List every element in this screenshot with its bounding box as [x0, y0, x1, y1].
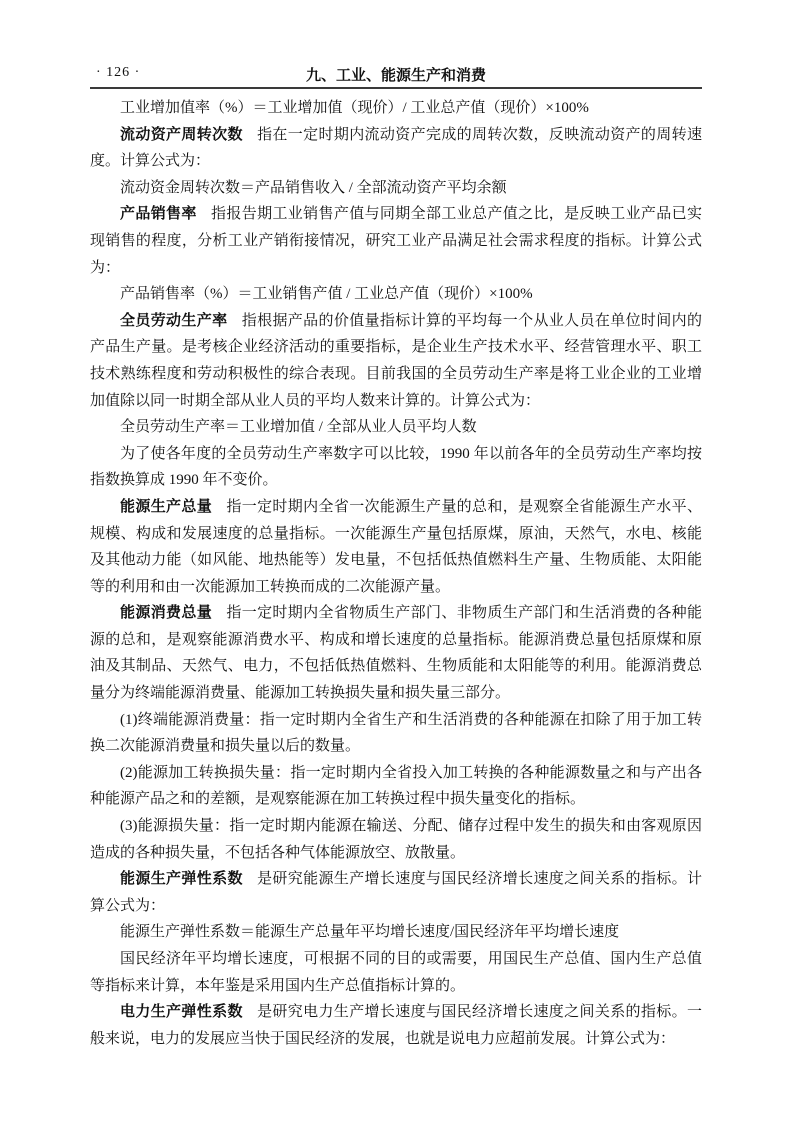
paragraph: 为了使各年度的全员劳动生产率数字可以比较，1990 年以前各年的全员劳动生产率均… — [90, 441, 702, 494]
page-header-title: 九、工业、能源生产和消费 — [90, 64, 702, 85]
paragraph-text: 流动资金周转次数＝产品销售收入 / 全部流动资产平均余额 — [120, 180, 507, 196]
document-page: · 126 · 九、工业、能源生产和消费 工业增加值率（%）＝工业增加值（现价）… — [0, 0, 793, 1122]
paragraph: 全员劳动生产率＝工业增加值 / 全部从业人员平均人数 — [90, 414, 702, 441]
paragraph: (2)能源加工转换损失量：指一定时期内全省投入加工转换的各种能源数量之和与产出各… — [90, 760, 702, 813]
definition-term: 能源生产弹性系数 — [120, 871, 243, 887]
header-rule — [90, 87, 702, 89]
paragraph: 流动资产周转次数指在一定时期内流动资产完成的周转次数，反映流动资产的周转速度。计… — [90, 122, 702, 175]
page-body: 工业增加值率（%）＝工业增加值（现价）/ 工业总产值（现价）×100% 流动资产… — [90, 95, 702, 1052]
paragraph: (3)能源损失量：指一定时期内能源在输送、分配、储存过程中发生的损失和由客观原因… — [90, 813, 702, 866]
page-header: · 126 · 九、工业、能源生产和消费 — [90, 60, 702, 89]
paragraph: 电力生产弹性系数是研究电力生产增长速度与国民经济增长速度之间关系的指标。一般来说… — [90, 999, 702, 1052]
paragraph-text: 能源生产弹性系数＝能源生产总量年平均增长速度/国民经济年平均增长速度 — [120, 924, 619, 940]
paragraph: 产品销售率（%）＝工业销售产值 / 工业总产值（现价）×100% — [90, 281, 702, 308]
paragraph-text: 产品销售率（%）＝工业销售产值 / 工业总产值（现价）×100% — [120, 286, 533, 302]
paragraph-text: 工业增加值率（%）＝工业增加值（现价）/ 工业总产值（现价）×100% — [120, 100, 589, 116]
paragraph-text: 全员劳动生产率＝工业增加值 / 全部从业人员平均人数 — [120, 419, 477, 435]
definition-term: 能源生产总量 — [120, 499, 212, 515]
paragraph-text: (1)终端能源消费量：指一定时期内全省生产和生活消费的各种能源在扣除了用于加工转… — [90, 712, 702, 755]
paragraph-text: (3)能源损失量：指一定时期内能源在输送、分配、储存过程中发生的损失和由客观原因… — [90, 818, 702, 861]
paragraph: 国民经济年平均增长速度，可根据不同的目的或需要，用国民生产总值、国内生产总值等指… — [90, 946, 702, 999]
paragraph-text: 为了使各年度的全员劳动生产率数字可以比较，1990 年以前各年的全员劳动生产率均… — [90, 446, 702, 489]
definition-term: 全员劳动生产率 — [120, 313, 227, 329]
definition-term: 流动资产周转次数 — [120, 127, 243, 143]
paragraph: 工业增加值率（%）＝工业增加值（现价）/ 工业总产值（现价）×100% — [90, 95, 702, 122]
paragraph-text: (2)能源加工转换损失量：指一定时期内全省投入加工转换的各种能源数量之和与产出各… — [90, 765, 702, 808]
definition-term: 电力生产弹性系数 — [120, 1004, 243, 1020]
paragraph: 能源消费总量指一定时期内全省物质生产部门、非物质生产部门和生活消费的各种能源的总… — [90, 600, 702, 706]
paragraph: 产品销售率指报告期工业销售产值与同期全部工业总产值之比，是反映工业产品已实现销售… — [90, 201, 702, 281]
paragraph: (1)终端能源消费量：指一定时期内全省生产和生活消费的各种能源在扣除了用于加工转… — [90, 707, 702, 760]
paragraph: 能源生产总量指一定时期内全省一次能源生产量的总和，是观察全省能源生产水平、规模、… — [90, 494, 702, 600]
definition-term: 产品销售率 — [120, 206, 197, 222]
paragraph: 全员劳动生产率指根据产品的价值量指标计算的平均每一个从业人员在单位时间内的产品生… — [90, 308, 702, 414]
paragraph: 能源生产弹性系数＝能源生产总量年平均增长速度/国民经济年平均增长速度 — [90, 919, 702, 946]
definition-term: 能源消费总量 — [120, 605, 212, 621]
paragraph: 能源生产弹性系数是研究能源生产增长速度与国民经济增长速度之间关系的指标。计算公式… — [90, 866, 702, 919]
paragraph: 流动资金周转次数＝产品销售收入 / 全部流动资产平均余额 — [90, 175, 702, 202]
paragraph-text: 国民经济年平均增长速度，可根据不同的目的或需要，用国民生产总值、国内生产总值等指… — [90, 951, 702, 994]
